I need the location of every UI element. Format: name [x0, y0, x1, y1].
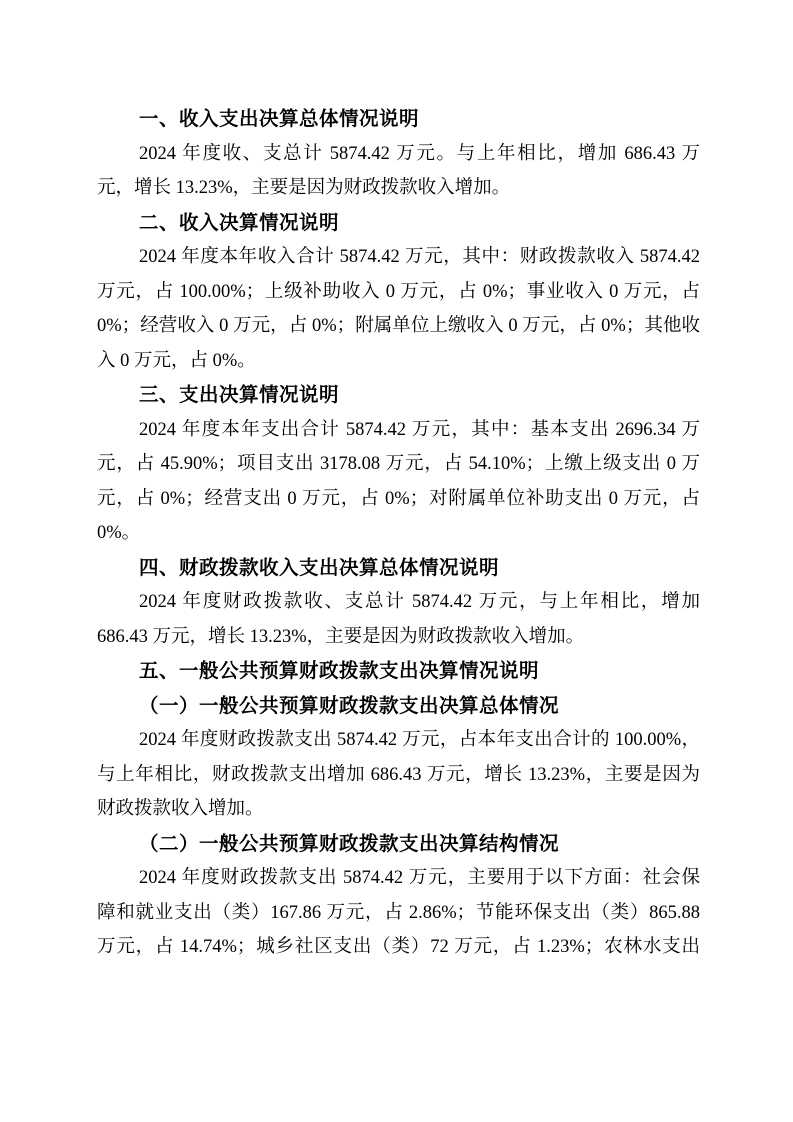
subsection-5-1-paragraph-line-1: 2024 年度财政拨款支出 5874.42 万元，占本年支出合计的 100.00…	[97, 723, 700, 758]
section-1-heading: 一、收入支出决算总体情况说明	[97, 102, 700, 137]
section-2-paragraph-line-3: 0%；经营收入 0 万元，占 0%；附属单位上缴收入 0 万元，占 0%；其他收	[97, 309, 700, 344]
section-2-paragraph-line-1: 2024 年度本年收入合计 5874.42 万元，其中：财政拨款收入 5874.…	[97, 240, 700, 275]
subsection-5-1-paragraph-line-2: 与上年相比，财政拨款支出增加 686.43 万元，增长 13.23%，主要是因为	[97, 758, 700, 793]
section-1-paragraph-line-2: 元，增长 13.23%，主要是因为财政拨款收入增加。	[97, 171, 700, 206]
section-4-heading: 四、财政拨款收入支出决算总体情况说明	[97, 551, 700, 586]
section-1-paragraph-line-1: 2024 年度收、支总计 5874.42 万元。与上年相比，增加 686.43 …	[97, 137, 700, 172]
subsection-5-1-heading: （一）一般公共预算财政拨款支出决算总体情况	[97, 689, 700, 724]
section-4-paragraph-line-1: 2024 年度财政拨款收、支总计 5874.42 万元，与上年相比，增加	[97, 585, 700, 620]
subsection-5-2-paragraph-line-3: 万元，占 14.74%；城乡社区支出（类）72 万元，占 1.23%；农林水支出	[97, 930, 700, 965]
document-page: 一、收入支出决算总体情况说明 2024 年度收、支总计 5874.42 万元。与…	[0, 0, 793, 1122]
section-3-paragraph-line-2: 元，占 45.90%；项目支出 3178.08 万元，占 54.10%；上缴上级…	[97, 447, 700, 482]
subsection-5-2-heading: （二）一般公共预算财政拨款支出决算结构情况	[97, 827, 700, 862]
section-2-paragraph-line-4: 入 0 万元，占 0%。	[97, 344, 700, 379]
subsection-5-2-paragraph-line-2: 障和就业支出（类）167.86 万元，占 2.86%；节能环保支出（类）865.…	[97, 896, 700, 931]
section-3-paragraph-line-3: 元，占 0%；经营支出 0 万元，占 0%；对附属单位补助支出 0 万元，占	[97, 482, 700, 517]
subsection-5-2-paragraph-line-1: 2024 年度财政拨款支出 5874.42 万元，主要用于以下方面：社会保	[97, 861, 700, 896]
section-2-paragraph-line-2: 万元，占 100.00%；上级补助收入 0 万元，占 0%；事业收入 0 万元，…	[97, 275, 700, 310]
section-4-paragraph-line-2: 686.43 万元，增长 13.23%，主要是因为财政拨款收入增加。	[97, 620, 700, 655]
subsection-5-1-paragraph-line-3: 财政拨款收入增加。	[97, 792, 700, 827]
section-2-heading: 二、收入决算情况说明	[97, 206, 700, 241]
section-3-paragraph-line-4: 0%。	[97, 516, 700, 551]
section-3-paragraph-line-1: 2024 年度本年支出合计 5874.42 万元，其中：基本支出 2696.34…	[97, 413, 700, 448]
section-3-heading: 三、支出决算情况说明	[97, 378, 700, 413]
section-5-heading: 五、一般公共预算财政拨款支出决算情况说明	[97, 654, 700, 689]
